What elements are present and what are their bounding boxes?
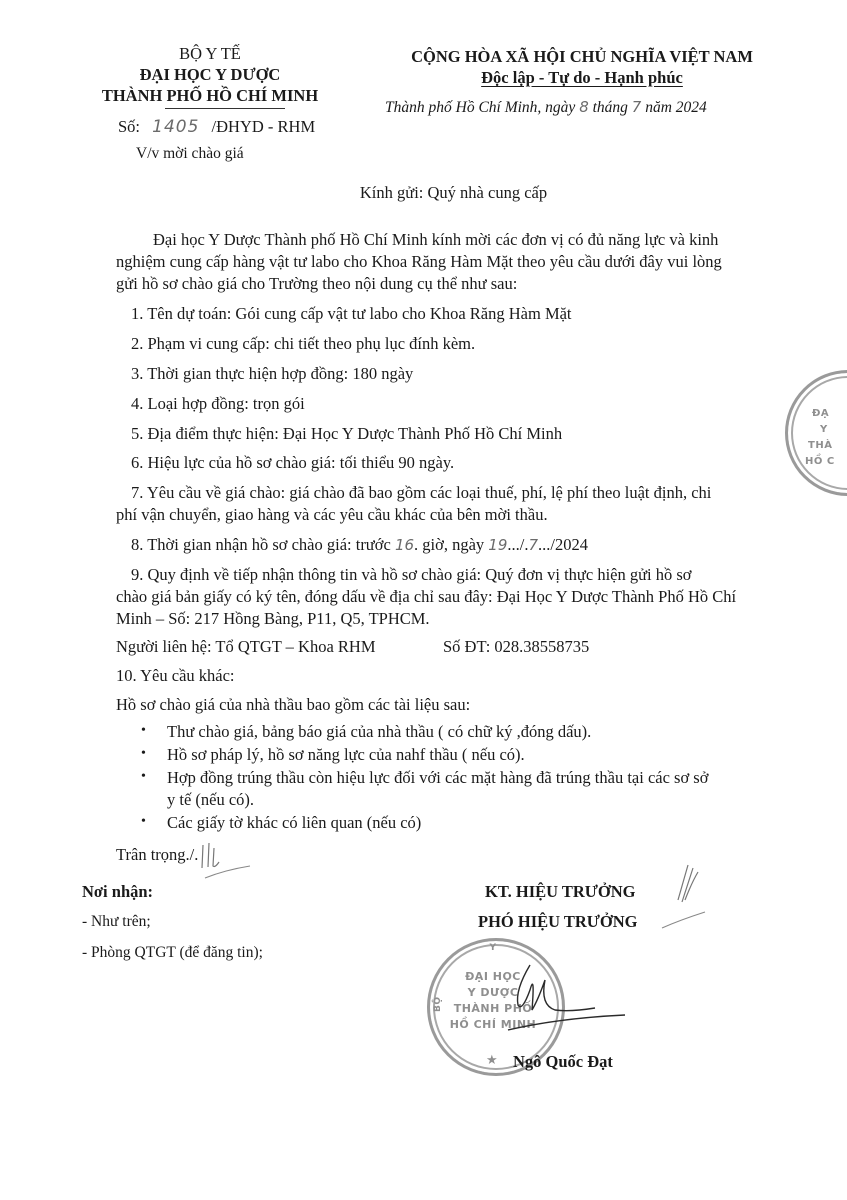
intro-line-2: nghiệm cung cấp hàng vật tư labo cho Kho… xyxy=(116,252,722,272)
header-left-underline xyxy=(165,108,285,109)
date-prefix: Thành phố Hồ Chí Minh, ngày xyxy=(385,99,575,116)
contact-phone: Số ĐT: 028.38558735 xyxy=(443,637,589,657)
ministry-name: BỘ Y TẾ xyxy=(60,44,360,64)
deadline-month-handwritten: 7 xyxy=(528,536,538,554)
documents-intro: Hồ sơ chào giá của nhà thầu bao gồm các … xyxy=(116,695,470,715)
date-day-handwritten: 8 xyxy=(579,98,589,116)
item-8-mid: . giờ, ngày xyxy=(414,535,484,554)
item-2: 2. Phạm vi cung cấp: chi tiết theo phụ l… xyxy=(131,334,475,354)
signature-title-line1: KT. HIỆU TRƯỞNG xyxy=(485,882,636,902)
item-6: 6. Hiệu lực của hồ sơ chào giá: tối thiể… xyxy=(131,453,454,473)
university-name-line1: ĐẠI HỌC Y DƯỢC xyxy=(60,65,360,85)
document-bullet-3-cont: y tế (nếu có). xyxy=(167,790,254,810)
item-10: 10. Yêu cầu khác: xyxy=(116,666,235,686)
deadline-hour-handwritten: 16 xyxy=(395,536,414,554)
document-number: Số: 1405 /ĐHYD - RHM xyxy=(118,117,315,137)
stamp-star-icon: ★ xyxy=(486,1052,498,1068)
edge-stamp-line-3: THÀ xyxy=(808,440,847,451)
document-bullet-3: Hợp đồng trúng thầu còn hiệu lực đối với… xyxy=(167,768,708,788)
deadline-year: /2024 xyxy=(550,535,588,554)
signature-scribble-icon xyxy=(500,960,630,1035)
recipient-1: - Như trên; xyxy=(82,913,151,931)
item-4: 4. Loại hợp đồng: trọn gói xyxy=(131,394,305,414)
signature-title-line2: PHÓ HIỆU TRƯỞNG xyxy=(478,912,638,932)
item-9-line-2: chào giá bản giấy có ký tên, đóng dấu về… xyxy=(116,587,736,607)
document-bullet-2: Hồ sơ pháp lý, hồ sơ năng lực của nahf t… xyxy=(167,745,525,765)
document-date: Thành phố Hồ Chí Minh, ngày 8 tháng 7 nă… xyxy=(385,98,707,117)
date-year: năm 2024 xyxy=(645,99,707,116)
national-motto: Độc lập - Tự do - Hạnh phúc xyxy=(372,68,792,88)
initials-mark-icon xyxy=(195,840,255,885)
item-1: 1. Tên dự toán: Gói cung cấp vật tư labo… xyxy=(131,304,572,324)
deadline-day-handwritten: 19 xyxy=(488,536,507,554)
date-month-label: tháng xyxy=(593,99,628,116)
intro-line-1: Đại học Y Dược Thành phố Hồ Chí Minh kín… xyxy=(153,230,718,250)
university-name-line2: THÀNH PHỐ HỒ CHÍ MINH xyxy=(60,86,360,106)
item-3: 3. Thời gian thực hiện hợp đồng: 180 ngà… xyxy=(131,364,413,384)
edge-stamp-line-1: ĐẠ xyxy=(812,408,847,419)
document-number-label: Số: xyxy=(118,117,140,136)
recipient-2: - Phòng QTGT (để đăng tin); xyxy=(82,944,263,962)
item-9-line-3: Minh – Số: 217 Hồng Bàng, P11, Q5, TPHCM… xyxy=(116,609,430,629)
edge-stamp-line-4: HỒ C xyxy=(805,456,845,467)
item-5: 5. Địa điểm thực hiện: Đại Học Y Dược Th… xyxy=(131,424,562,444)
item-9-line-1: 9. Quy định về tiếp nhận thông tin và hồ… xyxy=(131,565,692,585)
contact-person: Người liên hệ: Tổ QTGT – Khoa RHM xyxy=(116,637,376,657)
signatory-name: Ngô Quốc Đạt xyxy=(513,1052,613,1072)
recipients-title: Nơi nhận: xyxy=(82,882,153,902)
document-subject: V/v mời chào giá xyxy=(136,145,244,163)
item-8-prefix: 8. Thời gian nhận hồ sơ chào giá: trước xyxy=(131,535,391,554)
document-number-handwritten: 1405 xyxy=(152,117,199,137)
edge-stamp-line-2: Y xyxy=(820,424,847,435)
item-8: 8. Thời gian nhận hồ sơ chào giá: trước … xyxy=(131,535,588,555)
document-bullet-4: Các giấy tờ khác có liên quan (nếu có) xyxy=(167,813,421,833)
date-month-handwritten: 7 xyxy=(632,98,642,116)
closing: Trân trọng./. xyxy=(116,845,198,865)
item-7-line-1: 7. Yêu cầu về giá chào: giá chào đã bao … xyxy=(131,483,711,503)
document-bullet-1: Thư chào giá, bảng báo giá của nhà thầu … xyxy=(167,722,591,742)
document-number-suffix: /ĐHYD - RHM xyxy=(212,117,316,136)
nation-title: CỘNG HÒA XÃ HỘI CHỦ NGHĨA VIỆT NAM xyxy=(372,47,792,67)
salutation: Kính gửi: Quý nhà cung cấp xyxy=(0,183,847,203)
item-7-line-2: phí vận chuyển, giao hàng và các yêu cầu… xyxy=(116,505,548,525)
stamp-top-text: Y xyxy=(487,943,499,953)
intro-line-3: gửi hồ sơ chào giá cho Trường theo nội d… xyxy=(116,274,517,294)
stamp-side-text: BỘ xyxy=(433,998,443,1012)
approval-initial-icon xyxy=(660,860,710,930)
